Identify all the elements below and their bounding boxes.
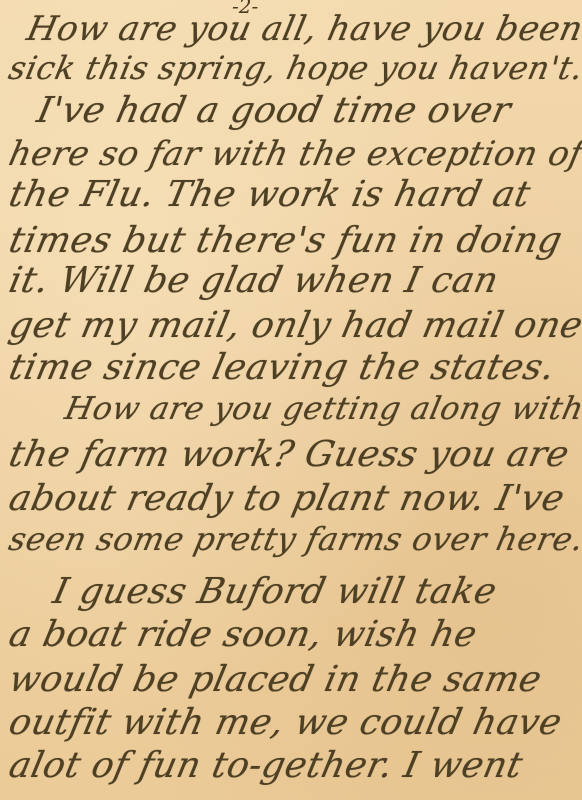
letter-page: -2- How are you all, have you been sick … [0,0,582,800]
letter-line-18: alot of fun to-gether. I went [6,748,582,784]
letter-line-9: time since leaving the states. [6,350,582,386]
letter-line-5: the Flu. The work is hard at [6,177,582,213]
letter-line-16: would be placed in the same [6,662,582,698]
letter-line-3: I've had a good time over [34,93,582,129]
letter-line-13: seen some pretty farms over here. [6,524,582,556]
letter-line-7: it. Will be glad when I can [6,263,582,299]
letter-line-17: outfit with me, we could have [6,705,582,741]
letter-line-15: a boat ride soon, wish he [6,617,582,653]
letter-line-2: sick this spring, hope you haven't. [6,52,582,84]
letter-line-12: about ready to plant now. I've [6,481,582,517]
letter-line-4: here so far with the exception of [6,137,582,171]
letter-line-6: times but there's fun in doing [6,223,582,259]
letter-line-14: I guess Buford will take [50,574,582,610]
letter-line-1: How are you all, have you been [24,12,582,46]
letter-line-8: get my mail, only had mail one [6,308,582,344]
letter-line-10: How are you getting along with [62,394,582,425]
letter-line-11: the farm work? Guess you are [6,437,582,473]
